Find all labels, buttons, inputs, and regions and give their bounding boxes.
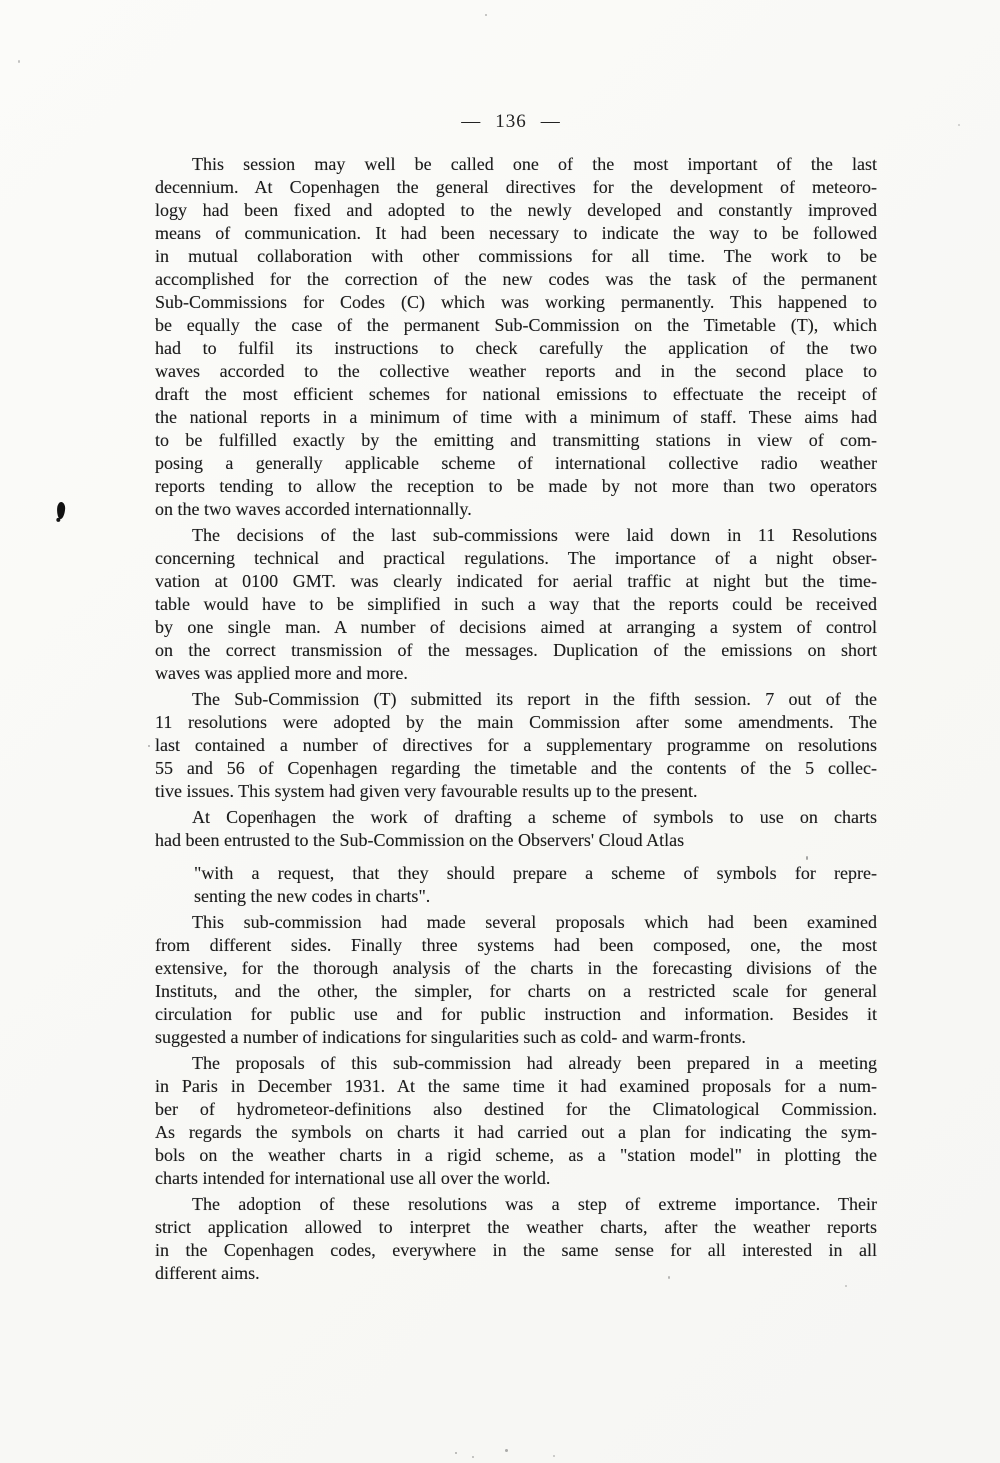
header-dash-right: — bbox=[541, 111, 561, 132]
text-line: draft the most efficient schemes for nat… bbox=[155, 383, 877, 406]
text-line: from different sides. Finally three syst… bbox=[155, 934, 877, 957]
scan-speck bbox=[845, 1285, 847, 1287]
text-line: on the two waves accorded internationnal… bbox=[155, 498, 877, 521]
scan-speck bbox=[958, 124, 960, 126]
scan-speck bbox=[553, 1455, 555, 1457]
paragraph: The adoption of these resolutions was a … bbox=[155, 1193, 877, 1285]
text-line: At Copenhagen the work of drafting a sch… bbox=[155, 806, 877, 829]
text-line: suggested a number of indications for si… bbox=[155, 1026, 877, 1049]
text-line: reports tending to allow the reception t… bbox=[155, 475, 877, 498]
header-dash-left: — bbox=[461, 111, 481, 132]
text-line: means of communication. It had been nece… bbox=[155, 222, 877, 245]
text-line: the national reports in a minimum of tim… bbox=[155, 406, 877, 429]
text-line: table would have to be simplified in suc… bbox=[155, 593, 877, 616]
text-line: This session may well be called one of t… bbox=[155, 153, 877, 176]
paragraph: The decisions of the last sub-commission… bbox=[155, 524, 877, 685]
text-line: tive issues. This system had given very … bbox=[155, 780, 877, 803]
text-line: by one single man. A number of decisions… bbox=[155, 616, 877, 639]
paragraph: This session may well be called one of t… bbox=[155, 153, 877, 521]
scan-speck bbox=[806, 856, 808, 860]
text-line: "with a request, that they should prepar… bbox=[194, 862, 877, 885]
document-page: —136— This session may well be called on… bbox=[0, 0, 1000, 1463]
text-line: accomplished for the correction of the n… bbox=[155, 268, 877, 291]
scan-speck bbox=[668, 1276, 670, 1279]
text-line: The Sub-Commission (T) submitted its rep… bbox=[155, 688, 877, 711]
text-line: extensive, for the thorough analysis of … bbox=[155, 957, 877, 980]
text-line: Instituts, and the other, the simpler, f… bbox=[155, 980, 877, 1003]
text-line: last contained a number of directives fo… bbox=[155, 734, 877, 757]
text-line: had to fulfil its instructions to check … bbox=[155, 337, 877, 360]
scan-speck bbox=[485, 14, 487, 16]
text-block: This session may well be called one of t… bbox=[155, 153, 877, 1285]
text-line: concerning technical and practical regul… bbox=[155, 547, 877, 570]
text-line: As regards the symbols on charts it had … bbox=[155, 1121, 877, 1144]
text-line: different aims. bbox=[155, 1262, 877, 1285]
text-line: The adoption of these resolutions was a … bbox=[155, 1193, 877, 1216]
text-line: The proposals of this sub-commission had… bbox=[155, 1052, 877, 1075]
scan-speck bbox=[148, 745, 150, 747]
text-line: in the Copenhagen codes, everywhere in t… bbox=[155, 1239, 877, 1262]
page-header: —136— bbox=[0, 110, 1000, 134]
text-line: be equally the case of the permanent Sub… bbox=[155, 314, 877, 337]
text-line: ber of hydrometeor-definitions also dest… bbox=[155, 1098, 877, 1121]
paragraph: The Sub-Commission (T) submitted its rep… bbox=[155, 688, 877, 803]
text-line: in Paris in December 1931. At the same t… bbox=[155, 1075, 877, 1098]
text-line: to be fulfilled exactly by the emitting … bbox=[155, 429, 877, 452]
scan-speck bbox=[472, 1456, 474, 1458]
text-line: posing a generally applicable scheme of … bbox=[155, 452, 877, 475]
text-line: circulation for public use and for publi… bbox=[155, 1003, 877, 1026]
text-line: had been entrusted to the Sub-Commission… bbox=[155, 829, 877, 852]
ink-blot-mark bbox=[56, 502, 65, 520]
text-line: waves accorded to the collective weather… bbox=[155, 360, 877, 383]
block-quote: "with a request, that they should prepar… bbox=[194, 862, 877, 908]
text-line: vation at 0100 GMT. was clearly indicate… bbox=[155, 570, 877, 593]
text-line: 11 resolutions were adopted by the main … bbox=[155, 711, 877, 734]
scan-speck bbox=[271, 812, 273, 815]
text-line: This sub-commission had made several pro… bbox=[155, 911, 877, 934]
text-line: Sub-Commissions for Codes (C) which was … bbox=[155, 291, 877, 314]
scan-speck bbox=[455, 1452, 457, 1454]
text-line: The decisions of the last sub-commission… bbox=[155, 524, 877, 547]
scan-speck bbox=[18, 60, 20, 63]
paragraph: This sub-commission had made several pro… bbox=[155, 911, 877, 1049]
text-line: charts intended for international use al… bbox=[155, 1167, 877, 1190]
text-line: waves was applied more and more. bbox=[155, 662, 877, 685]
text-line: logy had been fixed and adopted to the n… bbox=[155, 199, 877, 222]
text-line: in mutual collaboration with other commi… bbox=[155, 245, 877, 268]
text-line: decennium. At Copenhagen the general dir… bbox=[155, 176, 877, 199]
text-line: bols on the weather charts in a rigid sc… bbox=[155, 1144, 877, 1167]
paragraph: The proposals of this sub-commission had… bbox=[155, 1052, 877, 1190]
page-number: 136 bbox=[495, 111, 527, 132]
paragraph: At Copenhagen the work of drafting a sch… bbox=[155, 806, 877, 852]
text-line: senting the new codes in charts". bbox=[194, 885, 877, 908]
text-line: strict application allowed to interpret … bbox=[155, 1216, 877, 1239]
text-line: on the correct transmission of the messa… bbox=[155, 639, 877, 662]
scan-speck bbox=[505, 1449, 508, 1452]
text-line: 55 and 56 of Copenhagen regarding the ti… bbox=[155, 757, 877, 780]
